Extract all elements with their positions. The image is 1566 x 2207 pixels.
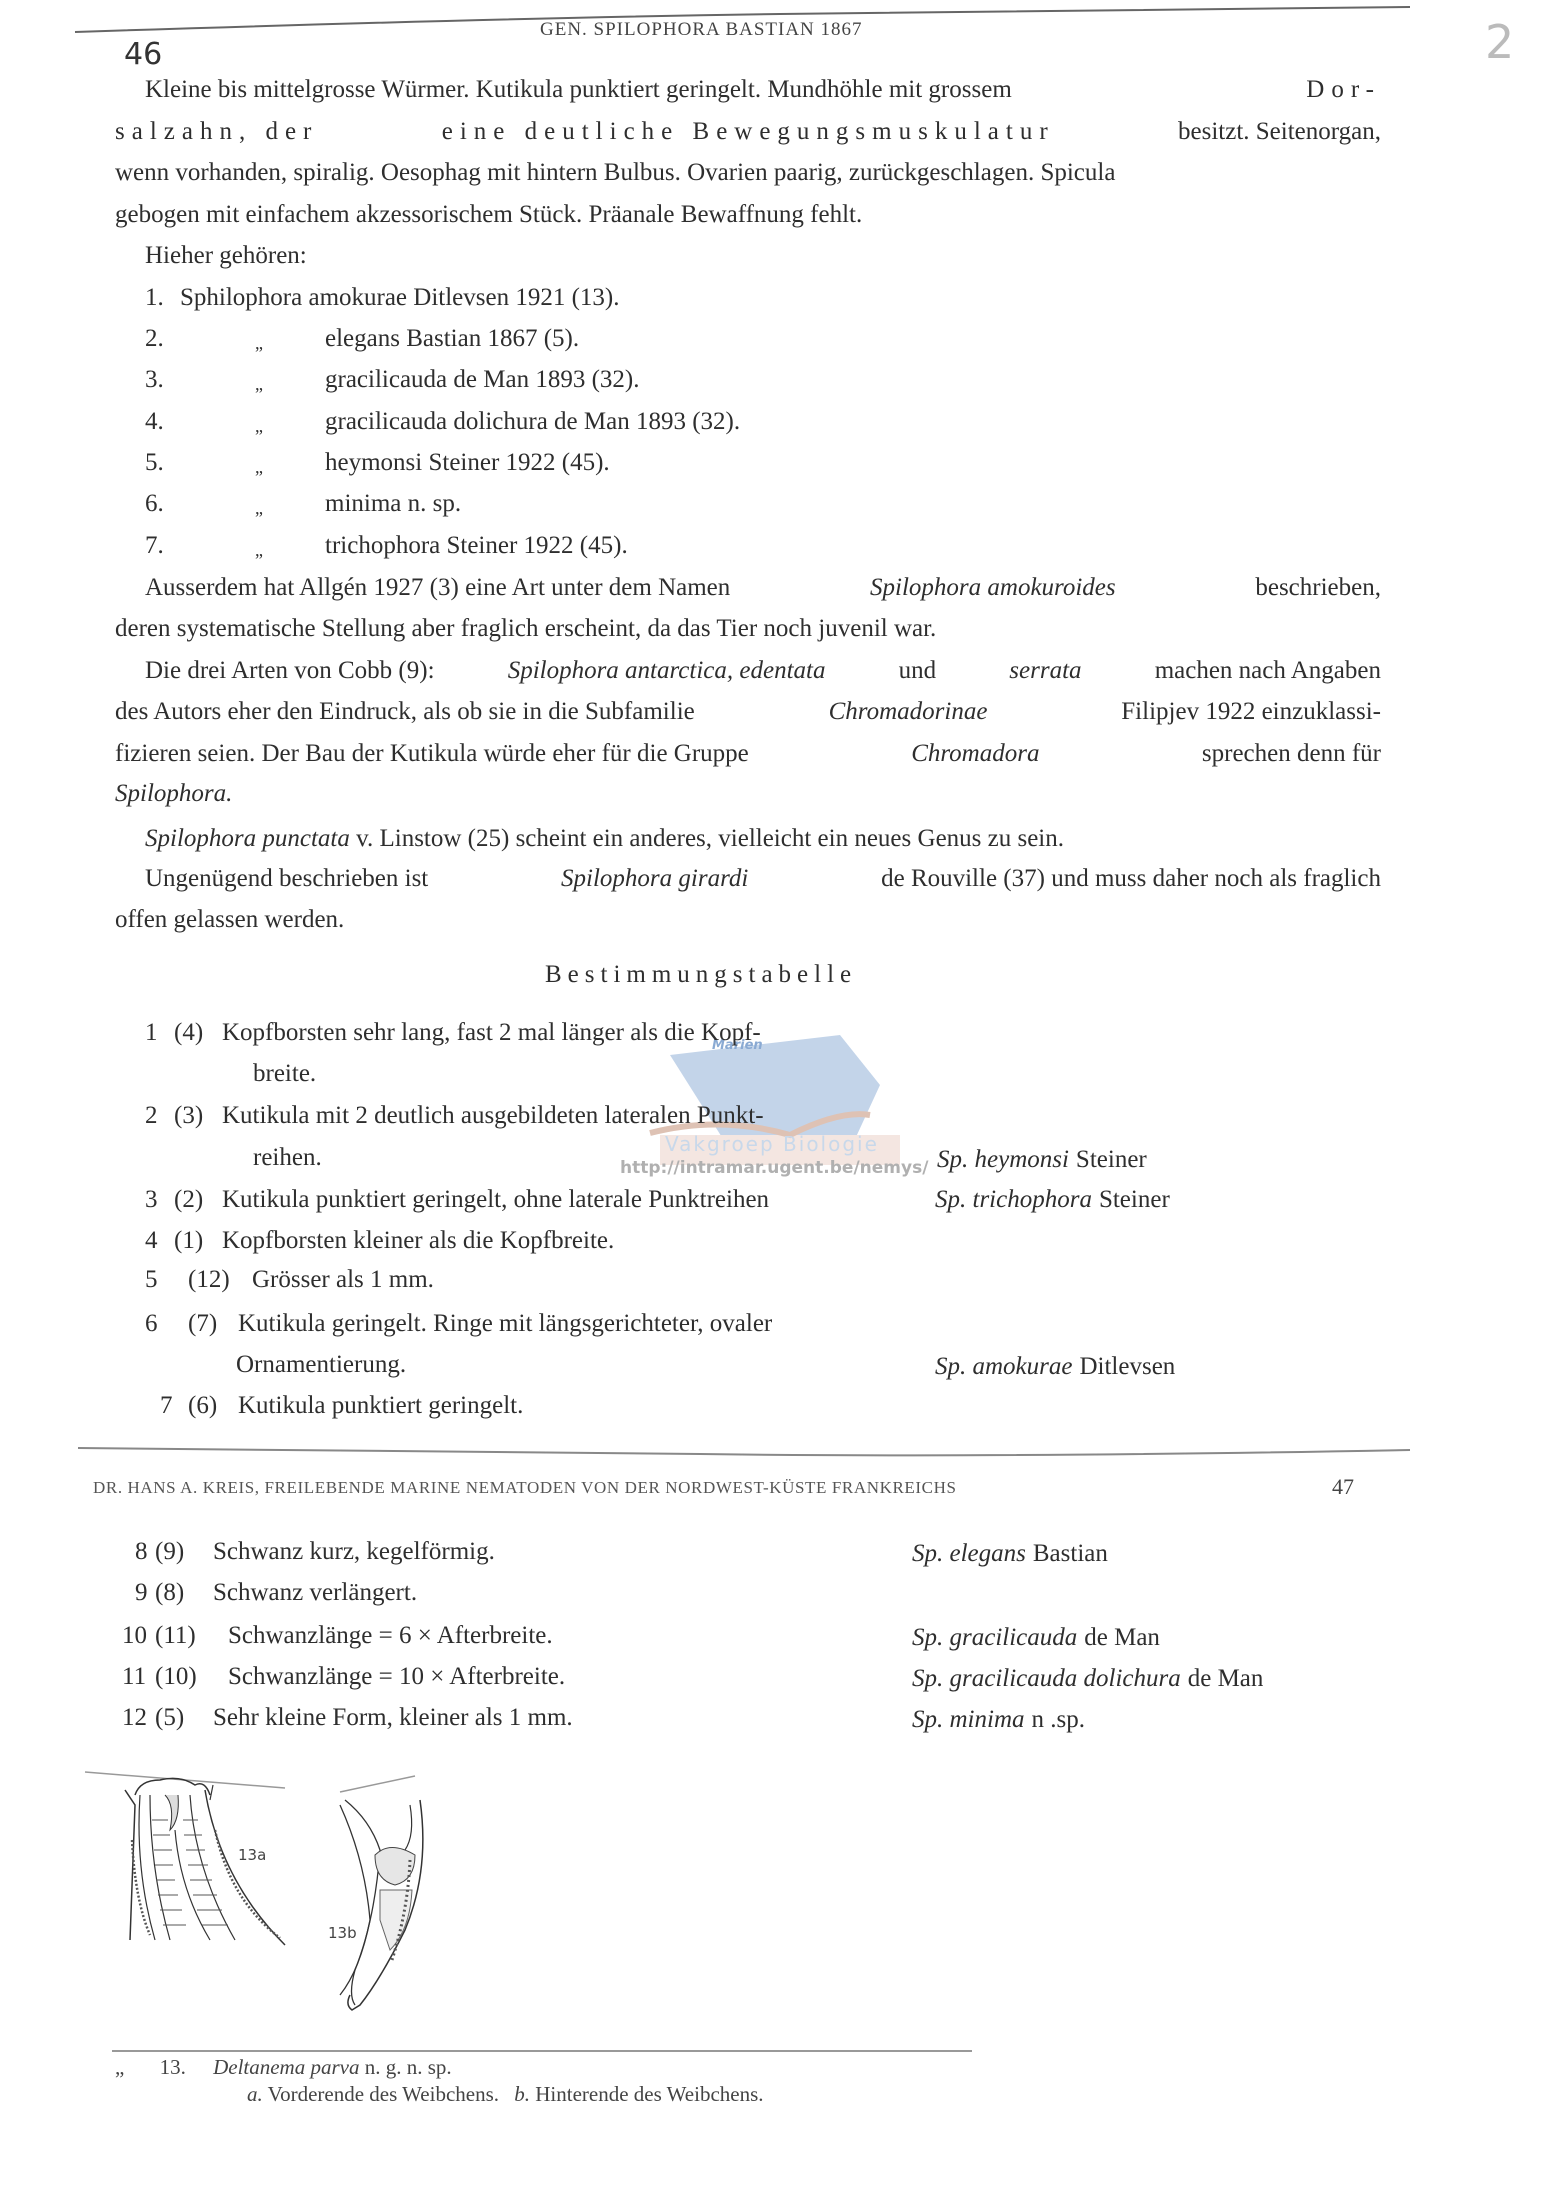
- page-number-47: 47: [1332, 1472, 1354, 1502]
- key-entry-number: 3: [145, 1185, 158, 1215]
- pencil-mark: 2: [1485, 27, 1514, 57]
- para-cobb-line-3: fizieren seien. Der Bau der Kutikula wür…: [115, 739, 1381, 769]
- species-list-number: 4.: [145, 407, 164, 437]
- list-heading: Hieher gehören:: [145, 241, 307, 271]
- taxon-name: Chromadora: [911, 739, 1039, 769]
- key-entry-species: Sp. gracilicauda dolichurade Man: [912, 1664, 1263, 1694]
- species-name: Spilophora girardi: [561, 864, 748, 894]
- figure-caption-line-1: „ 13. Deltanema parva n. g. n. sp.: [115, 2052, 452, 2082]
- key-entry-text: Kutikula mit 2 deutlich ausgebildeten la…: [222, 1101, 764, 1131]
- figure-13b-drawing: 13b: [320, 1770, 440, 2020]
- key-entry-text: Schwanz verlängert.: [213, 1578, 417, 1608]
- para-cobb-line-4: Spilophora.: [115, 779, 232, 809]
- species-name: Spilophora amokuroides: [870, 573, 1116, 603]
- species-list-item: minima n. sp.: [325, 489, 461, 519]
- para-text: de Rouville (37) und muss daher noch als…: [881, 864, 1381, 894]
- key-entry-text: Kutikula punktiert geringelt, ohne later…: [222, 1185, 769, 1215]
- ditto-mark: „: [255, 369, 263, 399]
- spaced-word: salzahn, der: [115, 117, 318, 147]
- key-entry-species: Sp. gracilicaudade Man: [912, 1623, 1160, 1653]
- figure-label-13b: 13b: [328, 1924, 357, 1942]
- species-list-item: gracilicauda dolichura de Man 1893 (32).: [325, 407, 740, 437]
- key-entry-text: Schwanzlänge = 6 × Afterbreite.: [228, 1621, 553, 1651]
- species-name: Sp. elegans: [912, 1540, 1026, 1567]
- key-entry-text: Schwanzlänge = 10 × Afterbreite.: [228, 1662, 565, 1692]
- key-entry-text: Schwanz kurz, kegelförmig.: [213, 1537, 495, 1567]
- ditto-mark: „: [255, 535, 263, 565]
- para-text: Filipjev 1922 einzuklassi-: [1121, 697, 1381, 727]
- key-entry-ref: (10): [155, 1662, 197, 1692]
- key-entry-ref: (4): [174, 1018, 203, 1048]
- species-name: serrata: [1009, 656, 1081, 686]
- key-entry-ref: (7): [188, 1309, 217, 1339]
- key-entry-ref: (9): [155, 1537, 184, 1567]
- species-list-number: 3.: [145, 365, 164, 395]
- ditto-mark: „: [255, 328, 263, 358]
- key-entry-ref: (5): [155, 1703, 184, 1733]
- key-entry-text: Kutikula geringelt. Ringe mit längsgeric…: [238, 1309, 772, 1339]
- species-name: Sp. heymonsi: [937, 1146, 1069, 1173]
- para-text: Ausserdem hat Allgén 1927 (3) eine Art u…: [145, 573, 730, 603]
- key-entry-species: Sp. elegansBastian: [912, 1539, 1108, 1569]
- key-entry-ref: (8): [155, 1578, 184, 1608]
- species-author: Steiner: [1076, 1146, 1147, 1173]
- figure-13a-drawing: 13a: [80, 1750, 320, 1970]
- species-author: n .sp.: [1032, 1706, 1085, 1733]
- para-girardi-line-1: Ungenügend beschrieben ist Spilophora gi…: [145, 864, 1381, 894]
- key-entry-text: Sehr kleine Form, kleiner als 1 mm.: [213, 1703, 573, 1733]
- para-text: fizieren seien. Der Bau der Kutikula wür…: [115, 739, 749, 769]
- para-cobb-line-2: des Autors eher den Eindruck, als ob sie…: [115, 697, 1381, 727]
- key-table-title: Bestimmungstabelle: [545, 960, 857, 990]
- key-entry-ref: (6): [188, 1391, 217, 1421]
- key-entry-species: Sp. trichophoraSteiner: [935, 1185, 1170, 1215]
- key-entry-number: 4: [145, 1226, 158, 1256]
- species-author: Ditlevsen: [1079, 1353, 1175, 1380]
- key-entry-number: 6: [145, 1309, 158, 1339]
- species-list-number: 7.: [145, 531, 164, 561]
- caption-b-text: Hinterende des Weibchens.: [535, 2082, 763, 2106]
- spaced-word: Dor-: [1306, 75, 1381, 105]
- key-entry-number: 5: [145, 1265, 158, 1295]
- key-entry-species: Sp. amokuraeDitlevsen: [935, 1352, 1175, 1382]
- species-list-item: trichophora Steiner 1922 (45).: [325, 531, 628, 561]
- ditto-mark: „: [255, 411, 263, 441]
- key-entry-ref: (12): [188, 1265, 230, 1295]
- species-author: Bastian: [1033, 1540, 1108, 1567]
- ditto-mark: „: [255, 452, 263, 482]
- key-entry-ref: (3): [174, 1101, 203, 1131]
- para-allgen-line-1: Ausserdem hat Allgén 1927 (3) eine Art u…: [145, 573, 1381, 603]
- species-list-number: 1.: [145, 283, 164, 313]
- para-text: Ungenügend beschrieben ist: [145, 864, 428, 894]
- species-name: Sp. gracilicauda dolichura: [912, 1665, 1181, 1692]
- key-entry-text: Kutikula punktiert geringelt.: [238, 1391, 523, 1421]
- species-author: de Man: [1188, 1665, 1264, 1692]
- key-entry-number: 10: [122, 1621, 147, 1651]
- species-list-item: elegans Bastian 1867 (5).: [325, 324, 579, 354]
- para-allgen-line-2: deren systematische Stellung aber fragli…: [115, 614, 936, 644]
- species-name: Sp. gracilicauda: [912, 1624, 1077, 1651]
- key-entry-number: 7: [160, 1391, 173, 1421]
- figure-label-13a: 13a: [238, 1846, 266, 1864]
- species-name: Sp. amokurae: [935, 1353, 1072, 1380]
- para-text: Die drei Arten von Cobb (9):: [145, 656, 435, 686]
- para-girardi-line-2: offen gelassen werden.: [115, 905, 344, 935]
- key-entry-ref: (1): [174, 1226, 203, 1256]
- species-name: Spilophora punctata: [145, 825, 350, 852]
- para-text: beschrieben,: [1255, 573, 1381, 603]
- key-entry-species: Sp. heymonsiSteiner: [937, 1145, 1147, 1175]
- species-name: Spilophora antarctica, edentata: [508, 656, 826, 686]
- key-entry-text: Grösser als 1 mm.: [252, 1265, 434, 1295]
- page-break-rule: [0, 1430, 1566, 1470]
- species-list-number: 5.: [145, 448, 164, 478]
- ditto-mark: „: [255, 493, 263, 523]
- key-entry-continuation: Ornamentierung.: [236, 1350, 406, 1380]
- species-list-item: heymonsi Steiner 1922 (45).: [325, 448, 610, 478]
- para-text: sprechen denn für: [1202, 739, 1381, 769]
- caption-ditto: „: [115, 2055, 124, 2079]
- watermark-org: Vakgroep Biologie: [665, 1132, 879, 1156]
- caption-taxon: Deltanema parva: [213, 2055, 359, 2079]
- species-list-item: Sphilophora amokurae Ditlevsen 1921 (13)…: [180, 283, 620, 313]
- species-list-item: gracilicauda de Man 1893 (32).: [325, 365, 639, 395]
- spaced-word: eine deutliche Bewegungsmuskulatur: [442, 117, 1055, 147]
- caption-a-marker: a.: [247, 2082, 263, 2106]
- intro-line-3: wenn vorhanden, spiralig. Oesophag mit h…: [115, 158, 1381, 188]
- key-entry-number: 2: [145, 1101, 158, 1131]
- intro-text: Kleine bis mittelgrosse Würmer. Kutikula…: [145, 75, 1012, 105]
- para-text: des Autors eher den Eindruck, als ob sie…: [115, 697, 695, 727]
- key-entry-ref: (11): [155, 1621, 196, 1651]
- intro-line-2: salzahn, der eine deutliche Bewegungsmus…: [115, 117, 1381, 147]
- taxon-name: Chromadorinae: [829, 697, 988, 727]
- caption-a-text: Vorderende des Weibchens.: [268, 2082, 499, 2106]
- species-author: Steiner: [1099, 1186, 1170, 1213]
- intro-line-4: gebogen mit einfachem akzessorischem Stü…: [115, 200, 862, 230]
- key-entry-continuation: breite.: [253, 1059, 316, 1089]
- species-name: Sp. minima: [912, 1706, 1025, 1733]
- caption-text: n. g. n. sp.: [365, 2055, 452, 2079]
- key-entry-species: Sp. miniman .sp.: [912, 1705, 1085, 1735]
- key-entry-number: 11: [122, 1662, 146, 1692]
- key-entry-ref: (2): [174, 1185, 203, 1215]
- watermark-url: http://intramar.ugent.be/nemys/: [620, 1158, 928, 1178]
- running-header-page46: GEN. SPILOPHORA BASTIAN 1867: [540, 15, 863, 45]
- key-entry-continuation: reihen.: [253, 1143, 322, 1173]
- para-cobb-line-1: Die drei Arten von Cobb (9): Spilophora …: [145, 656, 1381, 686]
- key-entry-number: 8: [135, 1537, 148, 1567]
- para-text: machen nach Angaben: [1155, 656, 1381, 686]
- caption-b-marker: b.: [514, 2082, 530, 2106]
- species-name: Sp. trichophora: [935, 1186, 1092, 1213]
- para-text: und: [899, 656, 937, 686]
- key-entry-number: 1: [145, 1018, 158, 1048]
- running-header-page47: DR. HANS A. KREIS, FREILEBENDE MARINE NE…: [93, 1473, 957, 1503]
- intro-line-1: Kleine bis mittelgrosse Würmer. Kutikula…: [145, 75, 1381, 105]
- species-author: de Man: [1084, 1624, 1160, 1651]
- caption-number: 13.: [160, 2055, 186, 2079]
- species-list-number: 2.: [145, 324, 164, 354]
- para-punctata: Spilophora punctata v. Linstow (25) sche…: [145, 824, 1064, 854]
- species-list-number: 6.: [145, 489, 164, 519]
- intro-text: wenn vorhanden, spiralig. Oesophag mit h…: [115, 158, 1115, 188]
- key-entry-number: 12: [122, 1703, 147, 1733]
- key-entry-number: 9: [135, 1578, 148, 1608]
- figure-caption-line-2: a. Vorderende des Weibchens. b. Hinteren…: [247, 2079, 764, 2109]
- handwritten-page-number: 46: [124, 40, 162, 70]
- key-entry-text: Kopfborsten sehr lang, fast 2 mal länger…: [222, 1018, 761, 1048]
- key-entry-text: Kopfborsten kleiner als die Kopfbreite.: [222, 1226, 614, 1256]
- intro-text: besitzt. Seitenorgan,: [1178, 117, 1381, 147]
- para-text: v. Linstow (25) scheint ein anderes, vie…: [356, 825, 1064, 852]
